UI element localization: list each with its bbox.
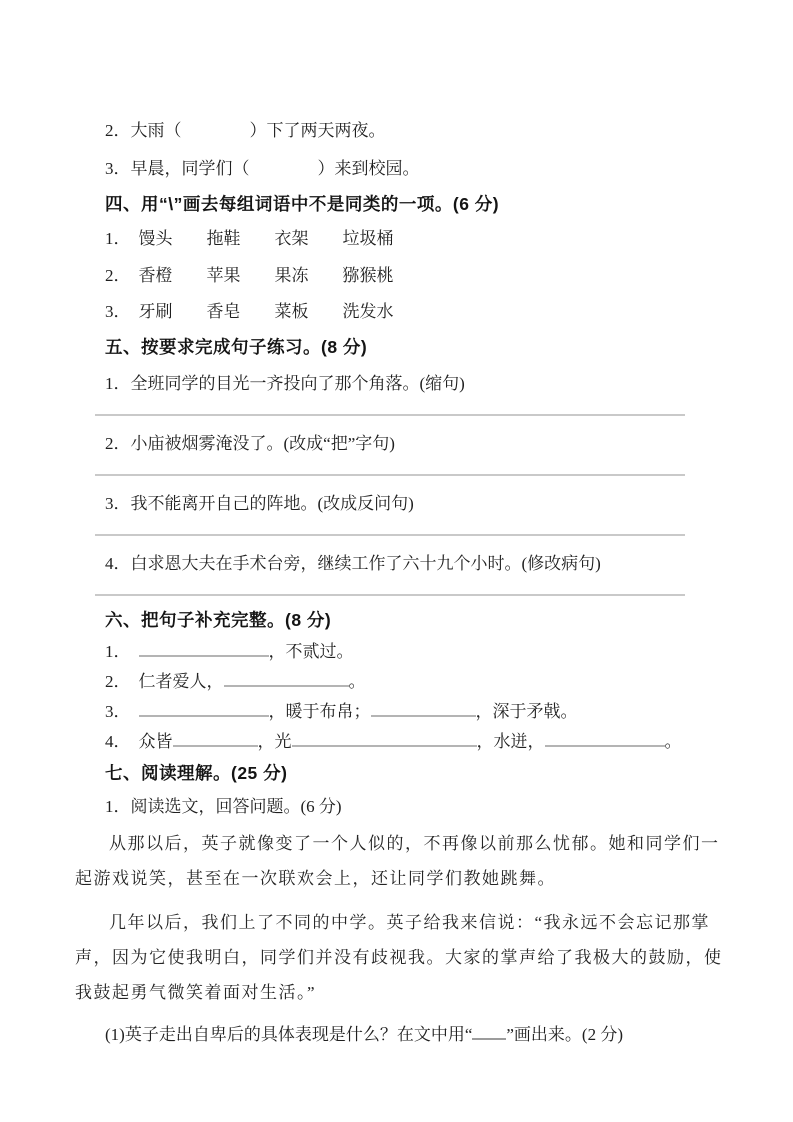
item-number: 3． (105, 302, 131, 321)
word-option: 拖鞋 (207, 221, 241, 258)
word-group-row: 3．牙刷香皂菜板洗发水 (105, 294, 723, 331)
text-segment: 。 (665, 732, 682, 751)
fill-blank-sentence: 3．早晨，同学们（ ）来到校园。 (105, 150, 723, 188)
text-segment: (1)英子走出自卑后的具体表现是什么？在文中用“ (105, 1025, 472, 1044)
passage-paragraph: 几年以后，我们上了不同的中学。英子给我来信说：“我永远不会忘记那掌声，因为它使我… (75, 905, 723, 1010)
text-segment: ，不贰过。 (269, 642, 354, 661)
reading-question: (1)英子走出自卑后的具体表现是什么？在文中用“”画出来。(2 分) (105, 1024, 723, 1046)
section-six-heading: 六、把句子补充完整。(8 分) (105, 604, 723, 637)
text-segment: ，深于矛戟。 (476, 702, 578, 721)
passage-paragraph: 从那以后，英子就像变了一个人似的，不再像以前那么忧郁。她和同学们一起游戏说笑，甚… (75, 826, 723, 896)
word-option: 猕猴桃 (343, 258, 394, 295)
text-segment: ，水迸， (477, 732, 545, 751)
sentence-completion-item: 2．仁者爱人，。 (105, 667, 723, 697)
sentence-practice-item: 4．白求恩大夫在手术台旁，继续工作了六十九个小时。(修改病句) (105, 544, 723, 574)
section-five-heading: 五、按要求完成句子练习。(8 分) (105, 331, 723, 364)
item-number: 1． (105, 229, 131, 248)
sentence-practice-item: 2．小庙被烟雾淹没了。(改成“把”字句) (105, 424, 723, 454)
blank-line (173, 732, 258, 747)
item-number: 2． (105, 672, 131, 691)
item-number: 1． (105, 642, 131, 661)
item-number: 2． (105, 266, 131, 285)
answer-line (95, 414, 685, 416)
word-option: 馒头 (139, 221, 173, 258)
blank-line (139, 702, 269, 717)
word-option: 菜板 (275, 294, 309, 331)
word-group-list: 1．馒头拖鞋衣架垃圾桶2．香橙苹果果冻猕猴桃3．牙刷香皂菜板洗发水 (75, 221, 723, 331)
text-segment: 众皆 (139, 732, 173, 751)
section-four-heading: 四、用“\”画去每组词语中不是同类的一项。(6 分) (105, 188, 723, 221)
text-segment: ”画出来。(2 分) (506, 1025, 623, 1044)
sentence-completion-item: 4．众皆，光，水迸，。 (105, 727, 723, 757)
item-number: 4． (105, 732, 131, 751)
sentence-practice-list: 1．全班同学的目光一齐投向了那个角落。(缩句)2．小庙被烟雾淹没了。(改成“把”… (75, 364, 723, 596)
document-page: 2．大雨（ ）下了两天两夜。3．早晨，同学们（ ）来到校园。 四、用“\”画去每… (0, 0, 793, 1122)
blank-line (371, 702, 476, 717)
blank-line (292, 732, 477, 747)
blank-line (472, 1026, 506, 1040)
word-option: 牙刷 (139, 294, 173, 331)
word-option: 香橙 (139, 258, 173, 295)
word-option: 果冻 (275, 258, 309, 295)
fill-blank-sentence: 2．大雨（ ）下了两天两夜。 (105, 112, 723, 150)
text-segment: 。 (349, 672, 366, 691)
answer-line (95, 534, 685, 536)
word-option: 香皂 (207, 294, 241, 331)
section-seven-heading: 七、阅读理解。(25 分) (105, 757, 723, 790)
blank-line (139, 642, 269, 657)
sentence-completion-item: 3．，暖于布帛；，深于矛戟。 (105, 697, 723, 727)
reading-sub-item: 1．阅读选文，回答问题。(6 分) (105, 792, 723, 822)
word-group-row: 1．馒头拖鞋衣架垃圾桶 (105, 221, 723, 258)
word-option: 洗发水 (343, 294, 394, 331)
text-segment: 仁者爱人， (139, 672, 224, 691)
word-group-row: 2．香橙苹果果冻猕猴桃 (105, 258, 723, 295)
text-segment: ，暖于布帛； (269, 702, 371, 721)
word-option: 衣架 (275, 221, 309, 258)
blank-line (224, 672, 349, 687)
sentence-completion-list: 1．，不贰过。2．仁者爱人，。3．，暖于布帛；，深于矛戟。4．众皆，光，水迸，。 (75, 637, 723, 757)
fill-blank-list: 2．大雨（ ）下了两天两夜。3．早晨，同学们（ ）来到校园。 (75, 112, 723, 188)
blank-line (545, 732, 665, 747)
answer-line (95, 474, 685, 476)
word-option: 垃圾桶 (343, 221, 394, 258)
reading-passage: 从那以后，英子就像变了一个人似的，不再像以前那么忧郁。她和同学们一起游戏说笑，甚… (75, 826, 723, 1010)
item-number: 3． (105, 702, 131, 721)
answer-line (95, 594, 685, 596)
sentence-practice-item: 3．我不能离开自己的阵地。(改成反问句) (105, 484, 723, 514)
word-option: 苹果 (207, 258, 241, 295)
sentence-completion-item: 1．，不贰过。 (105, 637, 723, 667)
text-segment: ，光 (258, 732, 292, 751)
sentence-practice-item: 1．全班同学的目光一齐投向了那个角落。(缩句) (105, 364, 723, 394)
